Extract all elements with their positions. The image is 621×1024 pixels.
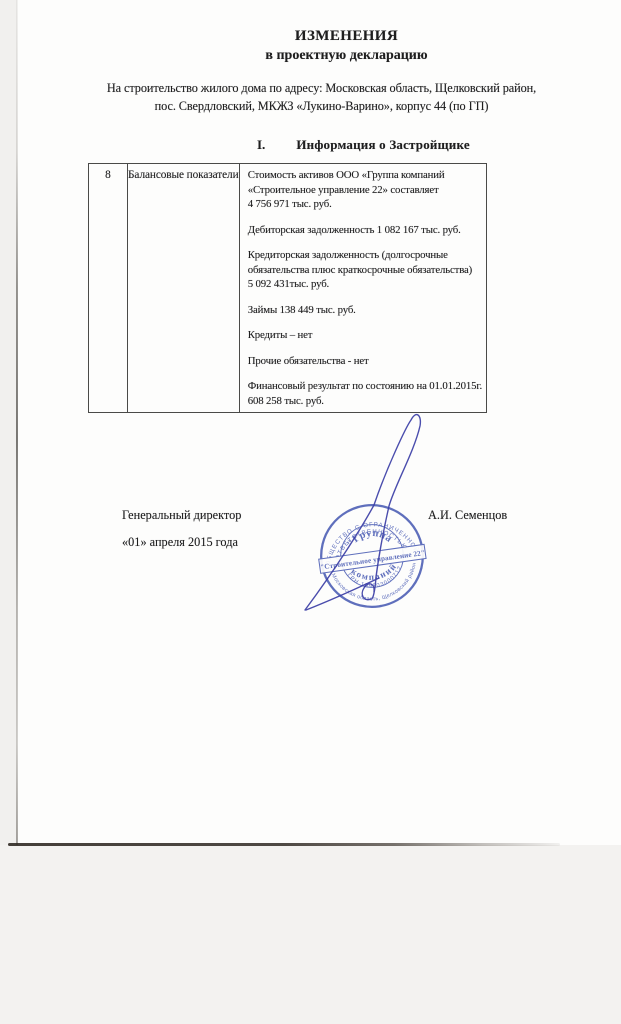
section-heading: I.Информация о Застройщике	[257, 137, 470, 153]
scanner-background	[0, 845, 621, 1024]
balance-paragraph: Дебиторская задолженность 1 082 167 тыс.…	[248, 223, 482, 238]
document-subtitle: в проектную декларацию	[72, 48, 621, 64]
address-line-1: На строительство жилого дома по адресу: …	[40, 80, 603, 98]
table-cell-row-label: Балансовые показатели	[128, 164, 240, 412]
address-line-2: пос. Свердловский, МКЖЗ «Лукино-Варино»,…	[40, 98, 603, 116]
balance-paragraph: Займы 138 449 тыс. руб.	[248, 303, 482, 318]
balance-paragraph: Прочие обязательства - нет	[248, 354, 482, 369]
signature-stroke	[292, 407, 472, 627]
balance-paragraph: Кредиты – нет	[248, 328, 482, 343]
scan-page-edge-horizontal	[8, 843, 560, 846]
balance-paragraph: Стоимость активов ООО «Группа компаний«С…	[248, 168, 482, 212]
signer-role: Генеральный директор	[122, 508, 241, 523]
balance-paragraph: Финансовый результат по состоянию на 01.…	[248, 379, 482, 408]
signature-date: «01» апреля 2015 года	[122, 535, 238, 550]
balance-cell: Стоимость активов ООО «Группа компаний«С…	[240, 164, 486, 412]
table-cell-row-number: 8	[89, 164, 128, 412]
scan-left-margin	[0, 0, 17, 845]
developer-info-table: 8 Балансовые показатели Стоимость активо…	[88, 163, 487, 413]
document-title: ИЗМЕНЕНИЯ	[72, 28, 621, 45]
scan-page-edge-vertical	[16, 0, 18, 845]
construction-address: На строительство жилого дома по адресу: …	[40, 80, 603, 115]
handwritten-signature	[292, 407, 472, 627]
scanned-document-page: ИЗМЕНЕНИЯ в проектную декларацию На стро…	[0, 0, 621, 1024]
section-title: Информация о Застройщике	[296, 137, 470, 153]
balance-paragraph: Кредиторская задолженность (долгосрочные…	[248, 248, 482, 292]
section-number: I.	[257, 137, 265, 153]
